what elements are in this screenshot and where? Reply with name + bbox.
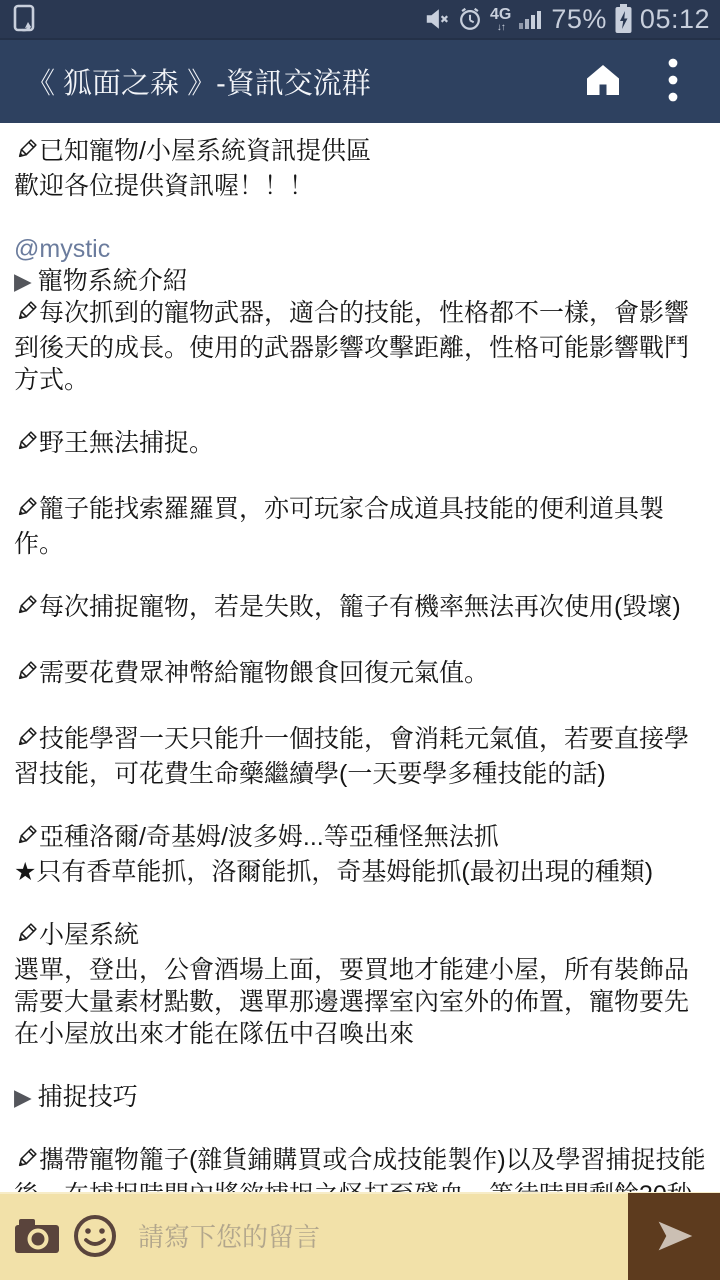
content-line: 已知寵物/小屋系統資訊提供區 bbox=[14, 135, 713, 170]
line-text: 歡迎各位提供資訊喔！！！ bbox=[14, 172, 314, 200]
content-line: 每次捕捉寵物，若是失敗，籠子有機率無法再次使用(毀壞) bbox=[14, 591, 713, 626]
note-block-7: 技能學習一天只能升一個技能，會消耗元氣值，若要直接學習技能，可花費生命藥繼續學(… bbox=[14, 723, 713, 790]
line-text: 小屋系統 bbox=[39, 921, 139, 949]
phone-screen: 4G ↓↑ 75% 05:12 bbox=[0, 0, 720, 1280]
pencil-icon bbox=[14, 300, 38, 332]
more-vert-icon bbox=[667, 57, 679, 106]
send-button[interactable] bbox=[628, 1193, 720, 1280]
content-line: 野王無法捕捉。 bbox=[14, 427, 713, 462]
note-content[interactable]: 已知寵物/小屋系統資訊提供區歡迎各位提供資訊喔！！！@mystic▶寵物系統介紹… bbox=[0, 123, 720, 1192]
camera-button[interactable] bbox=[8, 1202, 66, 1272]
pencil-icon bbox=[14, 660, 38, 692]
pencil-icon bbox=[14, 824, 38, 856]
composer-bar bbox=[0, 1192, 720, 1280]
line-text: @mystic bbox=[14, 235, 110, 263]
content-line: ▶寵物系統介紹 bbox=[14, 265, 713, 297]
battery-percent: 75% bbox=[551, 4, 607, 35]
content-line: 需要花費眾神幣給寵物餵食回復元氣值。 bbox=[14, 657, 713, 692]
note-block-6: 需要花費眾神幣給寵物餵食回復元氣值。 bbox=[14, 657, 713, 692]
pencil-icon bbox=[14, 430, 38, 462]
note-block-10: ▶捕捉技巧 bbox=[14, 1081, 713, 1113]
home-icon bbox=[585, 63, 621, 100]
line-text: 寵物系統介紹 bbox=[38, 267, 188, 295]
line-text: 籠子能找索羅羅買，亦可玩家合成道具技能的便利道具製作。 bbox=[14, 495, 664, 558]
app-bar: 《 狐面之森 》-資訊交流群 bbox=[0, 40, 720, 123]
line-text: 技能學習一天只能升一個技能，會消耗元氣值，若要直接學習技能，可花費生命藥繼續學(… bbox=[14, 725, 689, 788]
line-text: 每次捕捉寵物，若是失敗，籠子有機率無法再次使用(毀壞) bbox=[39, 593, 681, 621]
line-text: ★只有香草能抓，洛爾能抓，奇基姆能抓(最初出現的種類) bbox=[14, 858, 653, 886]
note-block-11: 攜帶寵物籠子(雜貨鋪購買或合成技能製作)以及學習捕捉技能後，在捕捉時間內將欲捕捉… bbox=[14, 1144, 713, 1192]
content-line: ▶捕捉技巧 bbox=[14, 1081, 713, 1113]
pencil-icon bbox=[14, 726, 38, 758]
pencil-icon bbox=[14, 922, 38, 954]
content-line: 籠子能找索羅羅買，亦可玩家合成道具技能的便利道具製作。 bbox=[14, 493, 713, 560]
line-text: 野王無法捕捉。 bbox=[39, 429, 214, 457]
smiley-icon bbox=[72, 1213, 118, 1262]
line-text: 已知寵物/小屋系統資訊提供區 bbox=[39, 137, 371, 165]
note-block-4: 籠子能找索羅羅買，亦可玩家合成道具技能的便利道具製作。 bbox=[14, 493, 713, 560]
status-time: 05:12 bbox=[640, 4, 710, 35]
battery-charging-icon bbox=[614, 4, 633, 34]
network-label: 4G bbox=[490, 7, 511, 23]
line-text: 亞種洛爾/奇基姆/波多姆...等亞種怪無法抓 bbox=[39, 823, 499, 851]
page-title: 《 狐面之森 》-資訊交流群 bbox=[26, 61, 572, 102]
pencil-icon bbox=[14, 1147, 38, 1179]
status-right: 4G ↓↑ 75% 05:12 bbox=[424, 4, 710, 35]
content-line: 選單，登出，公會酒場上面，要買地才能建小屋，所有裝飾品需要大量素材點數，選單那邊… bbox=[14, 954, 713, 1050]
pencil-icon bbox=[14, 594, 38, 626]
overflow-menu-button[interactable] bbox=[642, 51, 704, 113]
note-block-3: 野王無法捕捉。 bbox=[14, 427, 713, 462]
note-block-5: 每次捕捉寵物，若是失敗，籠子有機率無法再次使用(毀壞) bbox=[14, 591, 713, 626]
content-line: 歡迎各位提供資訊喔！！！ bbox=[14, 170, 713, 202]
triangle-bullet-icon: ▶ bbox=[14, 1084, 32, 1110]
signal-strength-icon bbox=[518, 6, 544, 32]
status-bar: 4G ↓↑ 75% 05:12 bbox=[0, 0, 720, 40]
line-text: 需要花費眾神幣給寵物餵食回復元氣值。 bbox=[39, 659, 489, 687]
home-button[interactable] bbox=[572, 51, 634, 113]
content-line: 亞種洛爾/奇基姆/波多姆...等亞種怪無法抓 bbox=[14, 821, 713, 856]
note-block-2: @mystic▶寵物系統介紹每次抓到的寵物武器，適合的技能，性格都不一樣，會影響… bbox=[14, 233, 713, 396]
note-block-9: 小屋系統選單，登出，公會酒場上面，要買地才能建小屋，所有裝飾品需要大量素材點數，… bbox=[14, 919, 713, 1050]
mention-line: @mystic bbox=[14, 233, 713, 265]
note-block-1: 已知寵物/小屋系統資訊提供區歡迎各位提供資訊喔！！！ bbox=[14, 135, 713, 202]
content-line: 攜帶寵物籠子(雜貨鋪購買或合成技能製作)以及學習捕捉技能後，在捕捉時間內將欲捕捉… bbox=[14, 1144, 713, 1192]
mute-icon bbox=[424, 6, 450, 32]
line-text: 選單，登出，公會酒場上面，要買地才能建小屋，所有裝飾品需要大量素材點數，選單那邊… bbox=[14, 956, 689, 1048]
line-text: 每次抓到的寵物武器，適合的技能，性格都不一樣，會影響到後天的成長。使用的武器影響… bbox=[14, 299, 689, 394]
pencil-icon bbox=[14, 496, 38, 528]
content-line: ★只有香草能抓，洛爾能抓，奇基姆能抓(最初出現的種類) bbox=[14, 856, 713, 888]
network-4g-icon: 4G ↓↑ bbox=[490, 7, 511, 33]
send-icon bbox=[649, 1211, 699, 1264]
line-text: 攜帶寵物籠子(雜貨鋪購買或合成技能製作)以及學習捕捉技能後，在捕捉時間內將欲捕捉… bbox=[14, 1146, 706, 1192]
content-line: 每次抓到的寵物武器，適合的技能，性格都不一樣，會影響到後天的成長。使用的武器影響… bbox=[14, 297, 713, 396]
app-bar-actions bbox=[572, 51, 704, 113]
pencil-icon bbox=[14, 138, 38, 170]
emoji-button[interactable] bbox=[66, 1202, 124, 1272]
line-text: 捕捉技巧 bbox=[38, 1083, 138, 1111]
note-block-8: 亞種洛爾/奇基姆/波多姆...等亞種怪無法抓★只有香草能抓，洛爾能抓，奇基姆能抓… bbox=[14, 821, 713, 888]
status-left bbox=[12, 4, 38, 34]
message-input[interactable] bbox=[124, 1202, 628, 1272]
camera-icon bbox=[14, 1217, 60, 1257]
triangle-bullet-icon: ▶ bbox=[14, 268, 32, 294]
content-line: 技能學習一天只能升一個技能，會消耗元氣值，若要直接學習技能，可花費生命藥繼續學(… bbox=[14, 723, 713, 790]
screen-rotation-icon bbox=[12, 4, 38, 34]
alarm-icon bbox=[457, 6, 483, 32]
content-line: 小屋系統 bbox=[14, 919, 713, 954]
network-arrows: ↓↑ bbox=[497, 23, 505, 33]
